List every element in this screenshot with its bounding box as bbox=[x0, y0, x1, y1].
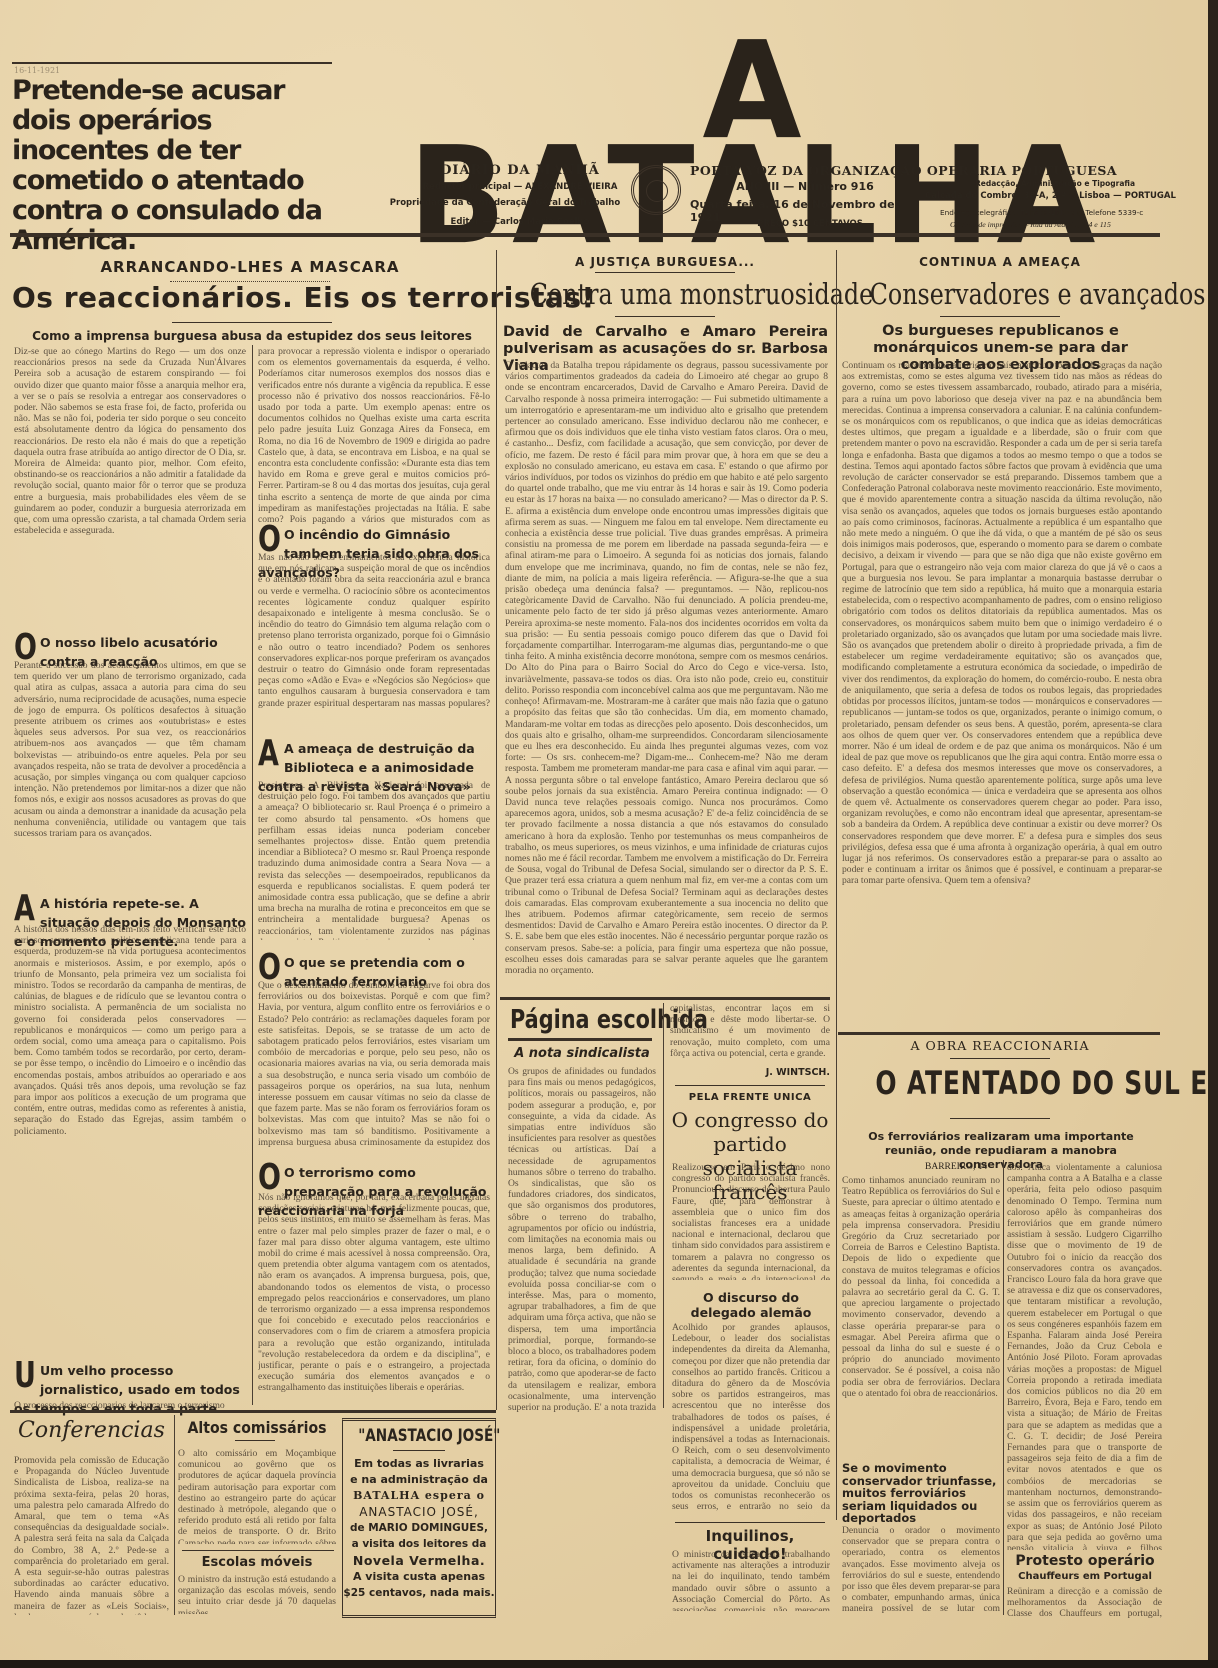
altos-comissarios-body: O alto comissário em Moçambique comunico… bbox=[178, 1448, 336, 1544]
article4-col1b: Denuncia o orador o movimento conservado… bbox=[842, 1525, 1000, 1613]
article4-col2: dos. Ataca violentamente a caluniosa cam… bbox=[1007, 1162, 1162, 1550]
article1-para-libelo: Perante a sucessão dos acontecimentos ul… bbox=[14, 660, 246, 882]
ad-line-2: e na administração da bbox=[343, 1472, 495, 1488]
protesto-deck: Chauffeurs em Portugal bbox=[1005, 1571, 1165, 1582]
frente-unica-body2: Acolhido por grandes aplausos, Ledebour,… bbox=[672, 1322, 830, 1512]
newspaper-page: 16-11-1921 Pretende-se acusar dois operá… bbox=[0, 0, 1208, 1660]
frente-unica-kicker: PELA FRENTE UNICA bbox=[670, 1092, 830, 1103]
editor-chief: Redactor principal — ALEXANDRE VIEIRA bbox=[400, 182, 640, 192]
altos-comissarios-headline: Altos comissários bbox=[187, 1418, 326, 1437]
pagina-escolhida-title: Página escolhida bbox=[510, 1003, 622, 1037]
short-rule bbox=[393, 1450, 445, 1451]
inquilinos-body: O ministro da justiça está trabalhando a… bbox=[672, 1549, 830, 1611]
article2-kicker: A JUSTIÇA BURGUESA... bbox=[500, 255, 830, 269]
short-rule bbox=[950, 1058, 1050, 1059]
column-rule bbox=[1003, 1160, 1004, 1615]
article1-headline: Os reaccionários. Eis os terroristas! bbox=[12, 281, 492, 314]
section-rule bbox=[838, 1032, 1160, 1035]
short-rule bbox=[940, 316, 1060, 317]
article1-deck: Como a imprensa burguesa abusa da estupi… bbox=[12, 329, 492, 343]
pagina-escolhida-col2: capitalistas, encontrar laços em si mesm… bbox=[670, 1003, 830, 1063]
column-rule bbox=[252, 345, 253, 1405]
short-rule bbox=[595, 272, 735, 273]
frente-unica-body: Realizou-se em Paris o décimo nono congr… bbox=[672, 1162, 830, 1280]
column-rule bbox=[836, 250, 837, 1520]
masthead-title: A BATALHA bbox=[360, 40, 1150, 145]
article4-dateline: BARREIRO, 14 bbox=[925, 1162, 1005, 1172]
short-rule bbox=[172, 322, 332, 323]
frente-unica-subhead: O discurso do delegado alemão bbox=[672, 1290, 830, 1320]
article4-kicker: A OBRA REACCIONARIA bbox=[840, 1038, 1160, 1053]
telegraph: Endereço telegráfico: Talhaba-Lisboa ◎ T… bbox=[940, 208, 1200, 217]
print-shop: Oficinas de impressão — Rua da Atalaia, … bbox=[950, 220, 1208, 229]
column-rule bbox=[496, 250, 497, 1410]
ad-title: "ANASTACIO JOSÉ" bbox=[358, 1425, 480, 1447]
drop-cap: O bbox=[258, 1162, 275, 1194]
article1-para-ferroviario: Que o descarrilamento do combóio do Alga… bbox=[258, 980, 490, 1148]
masthead-rule bbox=[10, 233, 1160, 237]
ornament-rule bbox=[182, 1550, 334, 1551]
top-left-headline: Pretende-se acusar dois operários inocen… bbox=[12, 76, 332, 256]
article1-para-biblioteca: Prosigamos. A Biblioteca Nacional foi am… bbox=[258, 780, 490, 940]
short-rule bbox=[235, 1440, 275, 1441]
article2-body: O redactor da Batalha trepou rápidamente… bbox=[505, 360, 828, 990]
ad-line-6: a visita dos leitores da bbox=[343, 1536, 495, 1552]
address: Calçada do Combro, 38-A, 2.º ◎ Lisboa — … bbox=[925, 191, 1205, 201]
ad-line-5: de MARIO DOMINGUES, bbox=[343, 1520, 495, 1536]
article4-headline: O ATENTADO DO SUL E SUESTE bbox=[875, 1063, 1126, 1103]
protesto-headline: Protesto operário bbox=[1005, 1553, 1165, 1569]
drop-cap: A bbox=[258, 738, 275, 770]
pagina-escolhida-col1: Os grupos de afinidades ou fundados para… bbox=[508, 1066, 656, 1412]
article3-headline: Conservadores e avançados bbox=[870, 276, 1141, 312]
article1-para-terrorismo: Nós não ignoramos que, por tara, exacerb… bbox=[258, 1192, 490, 1414]
pagina-escolhida-subtitle: A nota sindicalista bbox=[508, 1046, 656, 1061]
ad-line-7: Novela Vermelha. bbox=[343, 1552, 495, 1569]
article3-kicker: CONTINUA A AMEAÇA bbox=[840, 255, 1160, 269]
article1-para-gimnasio: Mas não são só os ensinamentos da experi… bbox=[258, 552, 490, 710]
ad-line-4: ANASTACIO JOSÉ, bbox=[343, 1504, 495, 1520]
office-label: Redacção, Administração e Tipografia bbox=[935, 179, 1175, 188]
ad-line-8: A visita custa apenas bbox=[343, 1569, 495, 1585]
ad-line-1: Em todas as livrarias bbox=[343, 1456, 495, 1472]
ad-line-9: $25 centavos, nada mais. bbox=[343, 1585, 495, 1601]
section-rule bbox=[10, 1410, 496, 1413]
short-rule bbox=[615, 316, 715, 317]
article1-kicker: ARRANCANDO-LHES A MASCARA bbox=[50, 258, 450, 276]
ornament-rule bbox=[675, 1522, 825, 1523]
drop-cap: U bbox=[14, 1360, 31, 1392]
page-edge-right bbox=[1208, 0, 1218, 1668]
page-edge-bottom bbox=[0, 1660, 1218, 1668]
conferencias-title: Conferencias bbox=[18, 1418, 168, 1443]
owner: Propriedade da Confederação Geral do Tra… bbox=[380, 198, 630, 208]
protesto-body: Reüniram a direcção e a comissão de melh… bbox=[1007, 1586, 1162, 1622]
short-rule bbox=[950, 1118, 1050, 1119]
editor: Editor — Carlos Maria Coelho bbox=[420, 217, 620, 227]
price: PREÇO $10 CENTAVOS bbox=[735, 219, 885, 229]
anastacio-ad: "ANASTACIO JOSÉ" Em todas as livrarias e… bbox=[342, 1418, 496, 1618]
column-rule bbox=[663, 1003, 664, 1408]
corner-note: 16-11-1921 bbox=[14, 66, 60, 75]
masthead-subtitle-right: PORTA-VOZ DA ORGANIZAÇÃO OPERÁRIA PORTUG… bbox=[690, 163, 1110, 178]
conferencias-body: Promovida pela comissão de Educação e Pr… bbox=[14, 1455, 169, 1615]
article4-subhead: Se o movimento conservador triunfasse, m… bbox=[842, 1462, 1000, 1525]
column-rule bbox=[174, 1415, 175, 1615]
ornament-rule bbox=[675, 1085, 825, 1086]
article2-headline: Contra uma monstruosidade bbox=[530, 276, 801, 312]
ad-line-3: BATALHA espera o bbox=[343, 1488, 495, 1504]
article4-col1: Como tinhamos anunciado reuniram no Teat… bbox=[842, 1175, 1000, 1455]
title-underline bbox=[508, 1038, 652, 1041]
escolas-body: O ministro da instrução está estudando a… bbox=[178, 1574, 336, 1614]
section-rule bbox=[500, 997, 830, 1000]
masthead-subtitle-left: DIÁRIO DA MANHÃ bbox=[420, 163, 620, 178]
escolas-headline: Escolas móveis bbox=[178, 1555, 336, 1570]
drop-cap: A bbox=[14, 893, 31, 925]
article1-para-historia: A história dos nossos dias tem-nos feito… bbox=[14, 924, 246, 1344]
cgt-seal-icon bbox=[631, 165, 681, 215]
signature: J. WINTSCH. bbox=[670, 1067, 830, 1078]
article3-body: Continuam os reaccionários a intrigar o … bbox=[842, 360, 1162, 1010]
top-rule bbox=[12, 62, 332, 64]
article1-lead: Diz-se que ao cónego Martins do Rego — u… bbox=[14, 346, 246, 610]
year-number: ANO III — Número 916 bbox=[725, 180, 885, 193]
article1-col2-lead: para provocar a repressão violenta e ind… bbox=[258, 346, 490, 524]
